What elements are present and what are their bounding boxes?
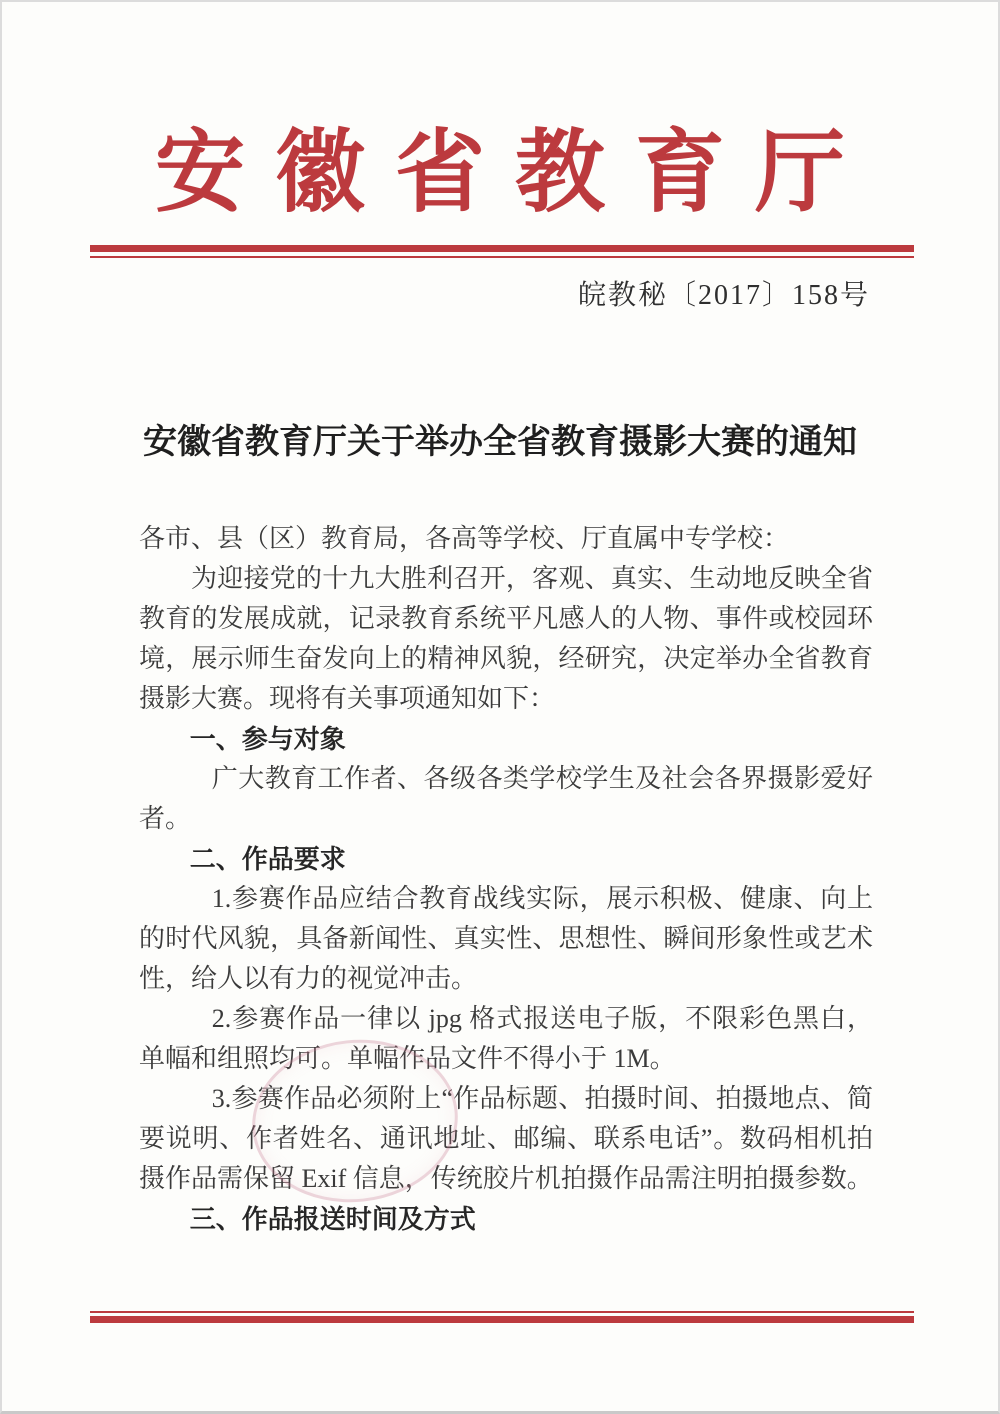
- section-2-paragraph-1: 1.参赛作品应结合教育战线实际，展示积极、健康、向上的时代风貌，具备新闻性、真实…: [139, 879, 873, 999]
- notice-title: 安徽省教育厅关于举办全省教育摄影大赛的通知: [2, 422, 998, 462]
- salutation-line: 各市、县（区）教育局，各高等学校、厅直属中专学校：: [139, 519, 873, 559]
- section-1-paragraph-1: 广大教育工作者、各级各类学校学生及社会各界摄影爱好者。: [139, 759, 873, 839]
- section-2-paragraph-3: 3.参赛作品必须附上“作品标题、拍摄时间、拍摄地点、简要说明、作者姓名、通讯地址…: [139, 1079, 873, 1199]
- section-2-paragraph-2: 2.参赛作品一律以 jpg 格式报送电子版，不限彩色黑白，单幅和组照均可。单幅作…: [139, 999, 873, 1079]
- document-number: 皖教秘〔2017〕158号: [578, 279, 870, 313]
- agency-name: 安徽省教育厅: [2, 120, 998, 228]
- document-page: 安徽省教育厅 皖教秘〔2017〕158号 安徽省教育厅关于举办全省教育摄影大赛的…: [0, 0, 1000, 1414]
- intro-paragraph: 为迎接党的十九大胜利召开，客观、真实、生动地反映全省教育的发展成就，记录教育系统…: [139, 559, 873, 719]
- header-red-divider: [90, 245, 914, 258]
- section-2-heading: 二、作品要求: [139, 839, 873, 879]
- footer-red-divider: [90, 1311, 914, 1323]
- notice-body: 各市、县（区）教育局，各高等学校、厅直属中专学校： 为迎接党的十九大胜利召开，客…: [139, 519, 873, 1239]
- section-3-heading: 三、作品报送时间及方式: [139, 1199, 873, 1239]
- section-1-heading: 一、参与对象: [139, 719, 873, 759]
